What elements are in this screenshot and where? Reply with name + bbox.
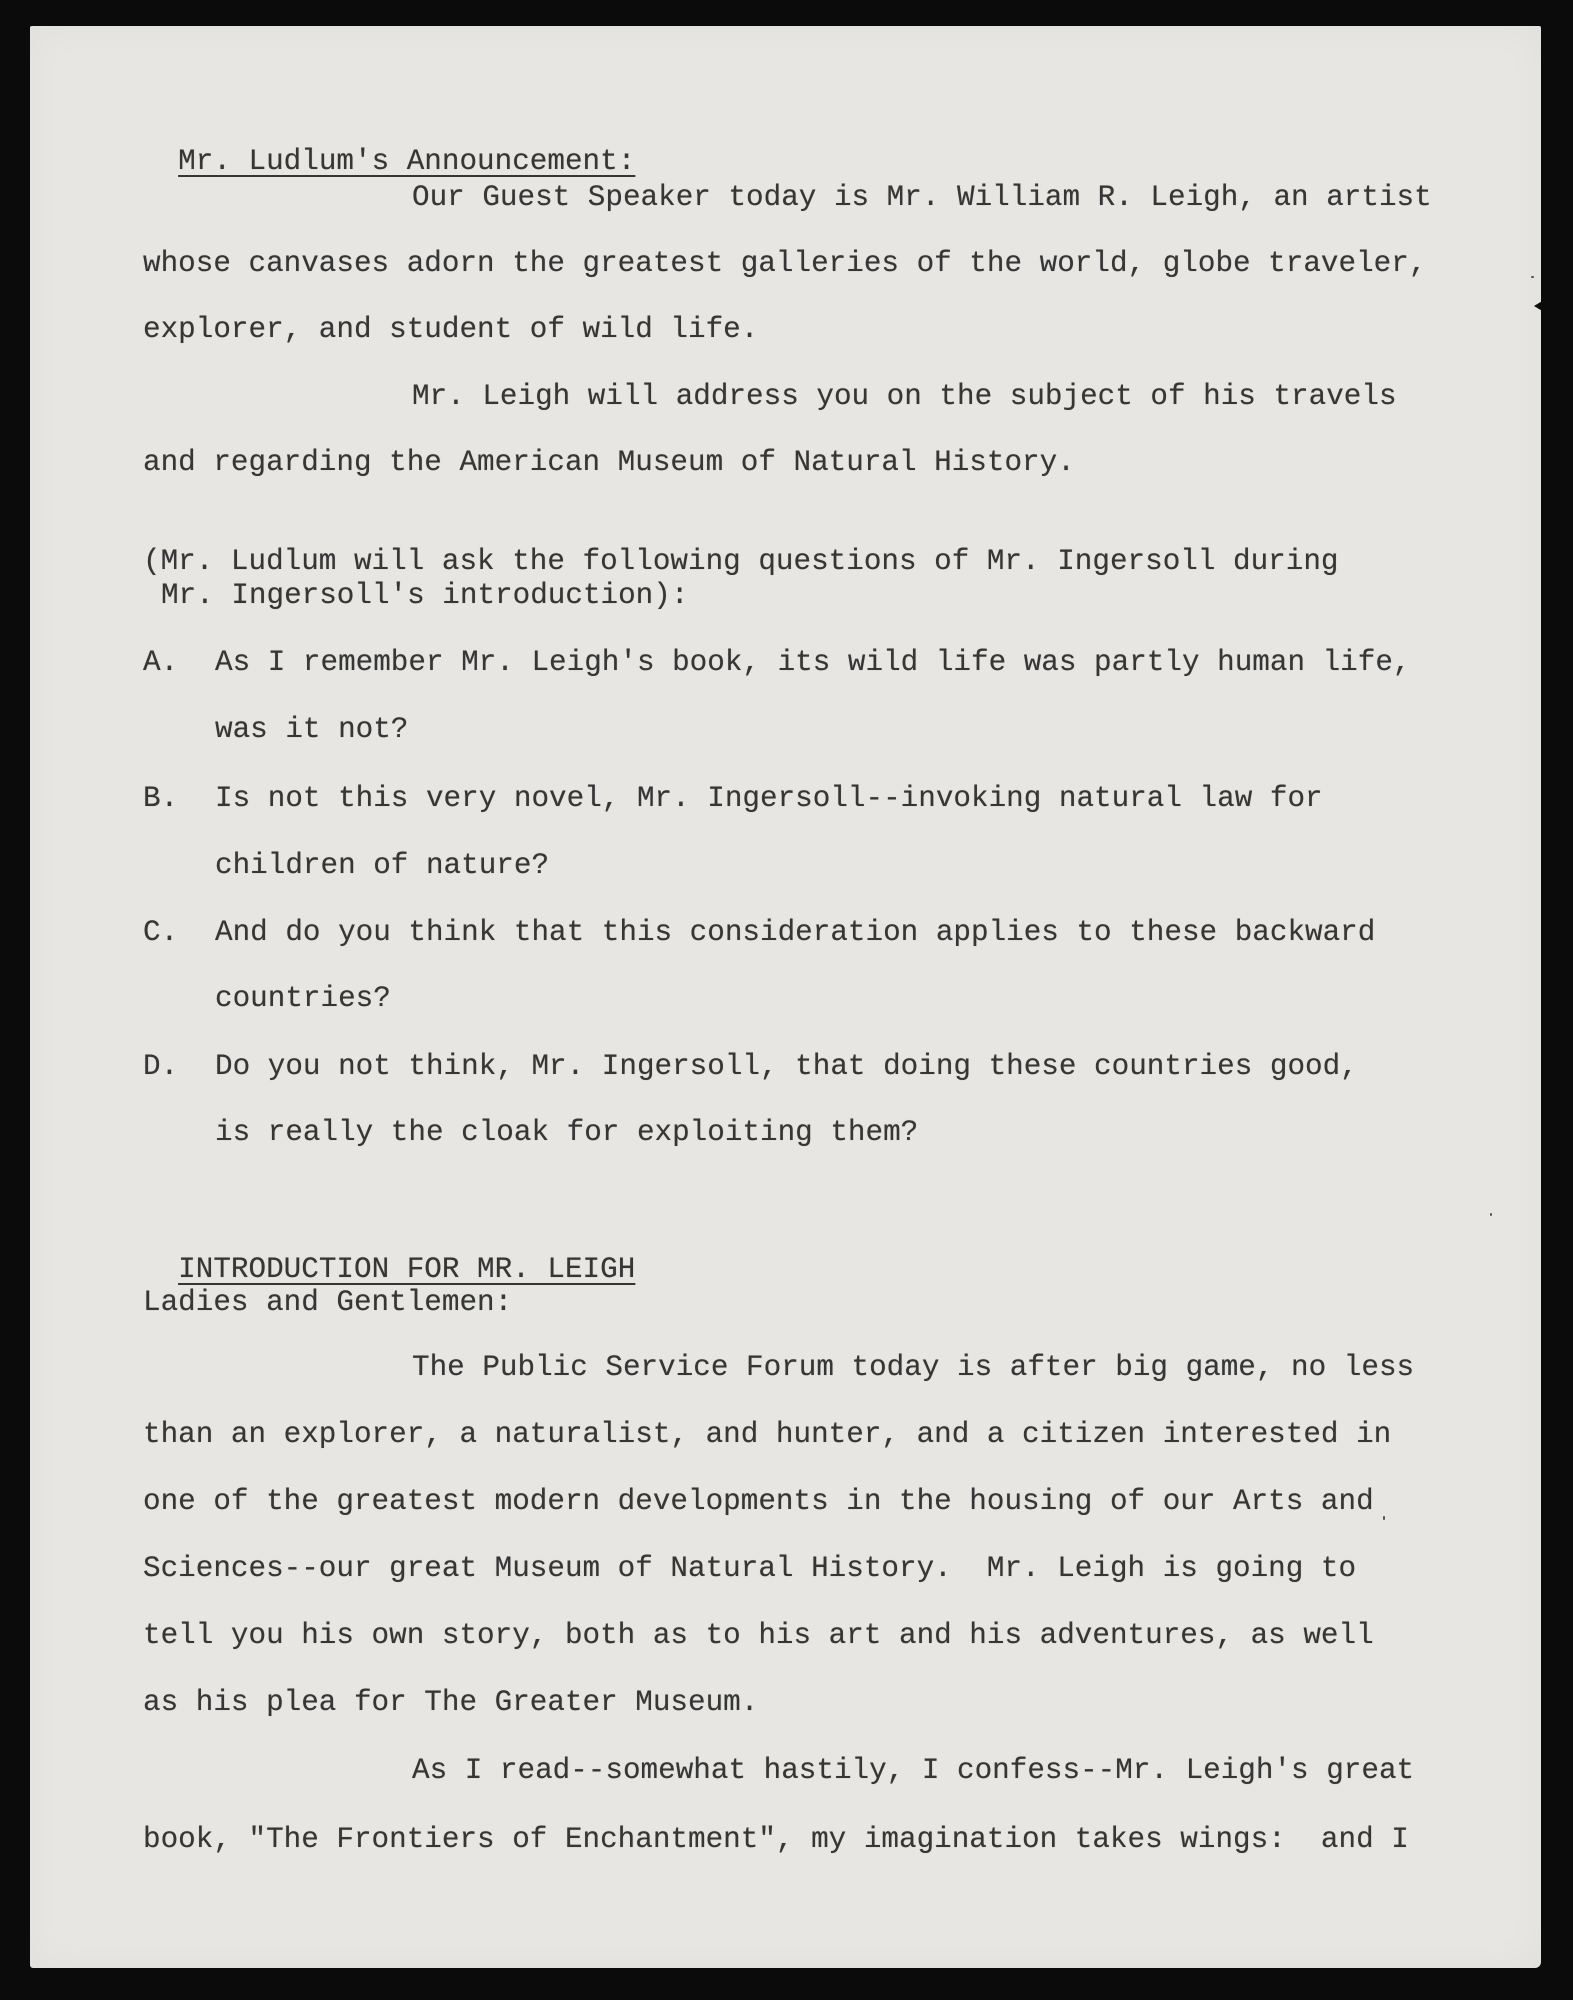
salutation: Ladies and Gentlemen:	[143, 1286, 512, 1320]
note-line: (Mr. Ludlum will ask the following quest…	[143, 545, 1339, 579]
heading-text: Mr. Ludlum's Announcement:	[178, 145, 635, 178]
paragraph-line: explorer, and student of wild life.	[143, 313, 758, 347]
question-d-line: Do you not think, Mr. Ingersoll, that do…	[215, 1050, 1358, 1084]
paragraph-line: whose canvases adorn the greatest galler…	[143, 247, 1426, 281]
question-c-line: And do you think that this consideration…	[215, 916, 1375, 950]
question-a-line: was it not?	[215, 713, 408, 747]
question-b-line: children of nature?	[215, 849, 549, 883]
paragraph-line: As I read--somewhat hastily, I confess--…	[412, 1754, 1414, 1788]
question-label-c: C.	[143, 916, 178, 950]
paragraph-line: Sciences--our great Museum of Natural Hi…	[143, 1552, 1356, 1586]
paragraph-line: as his plea for The Greater Museum.	[143, 1686, 758, 1720]
question-d-line: is really the cloak for exploiting them?	[215, 1116, 918, 1150]
paragraph-line: tell you his own story, both as to his a…	[143, 1619, 1374, 1653]
page-edge-notch	[1534, 300, 1544, 312]
question-b-line: Is not this very novel, Mr. Ingersoll--i…	[215, 782, 1323, 816]
section-heading-introduction: INTRODUCTION FOR MR. LEIGH	[143, 1219, 635, 1253]
question-label-a: A.	[143, 646, 178, 680]
paper-speck	[1383, 1516, 1385, 1520]
paragraph-line: one of the greatest modern developments …	[143, 1485, 1374, 1519]
paragraph-line: than an explorer, a naturalist, and hunt…	[143, 1418, 1391, 1452]
paragraph-line: book, "The Frontiers of Enchantment", my…	[143, 1823, 1409, 1857]
heading-text: INTRODUCTION FOR MR. LEIGH	[178, 1253, 635, 1286]
paragraph-line: and regarding the American Museum of Nat…	[143, 446, 1075, 480]
question-label-d: D.	[143, 1050, 178, 1084]
paragraph-line: The Public Service Forum today is after …	[412, 1351, 1414, 1385]
paragraph-line: Mr. Leigh will address you on the subjec…	[412, 380, 1397, 414]
question-a-line: As I remember Mr. Leigh's book, its wild…	[215, 646, 1411, 680]
paragraph-line: Our Guest Speaker today is Mr. William R…	[412, 181, 1432, 215]
paper-speck	[1531, 276, 1534, 278]
note-line: Mr. Ingersoll's introduction):	[161, 579, 688, 613]
section-heading-announcement: Mr. Ludlum's Announcement:	[143, 111, 635, 145]
question-c-line: countries?	[215, 982, 391, 1016]
paper-speck	[1490, 1213, 1492, 1216]
question-label-b: B.	[143, 782, 178, 816]
